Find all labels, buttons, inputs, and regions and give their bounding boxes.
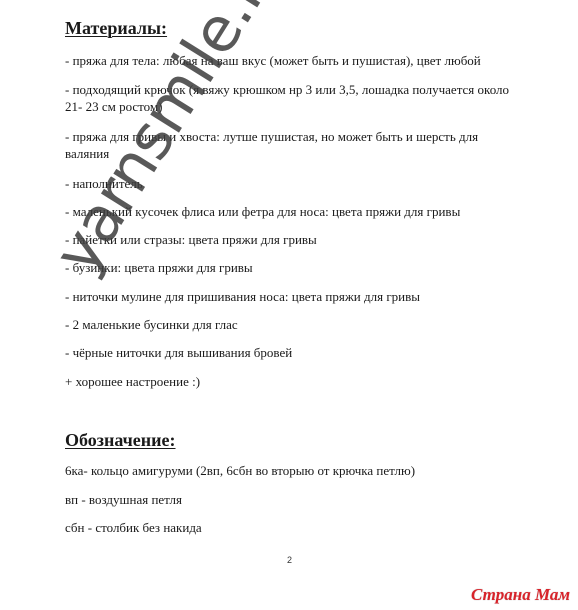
material-item: - подходящий крючок (я вяжу крюшком нр 3… [65,81,525,115]
site-logo: Страна Мам [471,585,570,605]
document-page: Материалы: - пряжа для тела: любая на ва… [0,0,578,610]
material-item: - пряжа для тела: любая на ваш вкус (мож… [65,52,525,69]
material-item: - маленький кусочек флиса или фетра для … [65,203,525,220]
material-item: - ниточки мулине для пришивания носа: цв… [65,288,525,305]
materials-heading: Материалы: [65,18,167,39]
material-item: - 2 маленькие бусинки для глас [65,316,525,333]
material-item: - бузинки: цвета пряжи для гривы [65,259,525,276]
legend-item: вп - воздушная петля [65,491,525,508]
material-item: - пайетки или стразы: цвета пряжи для гр… [65,231,525,248]
material-item: + хорошее настроение :) [65,373,525,390]
legend-item: сбн - столбик без накида [65,519,525,536]
legend-item: 6ка- кольцо амигуруми (2вп, 6сбн во втор… [65,462,525,479]
page-number: 2 [287,555,292,565]
material-item: - пряжа для гривы и хвоста: лутше пушист… [65,128,525,162]
legend-heading: Обозначение: [65,430,176,451]
material-item: - чёрные ниточки для вышивания бровей [65,344,525,361]
material-item: - наполнитель [65,175,525,192]
